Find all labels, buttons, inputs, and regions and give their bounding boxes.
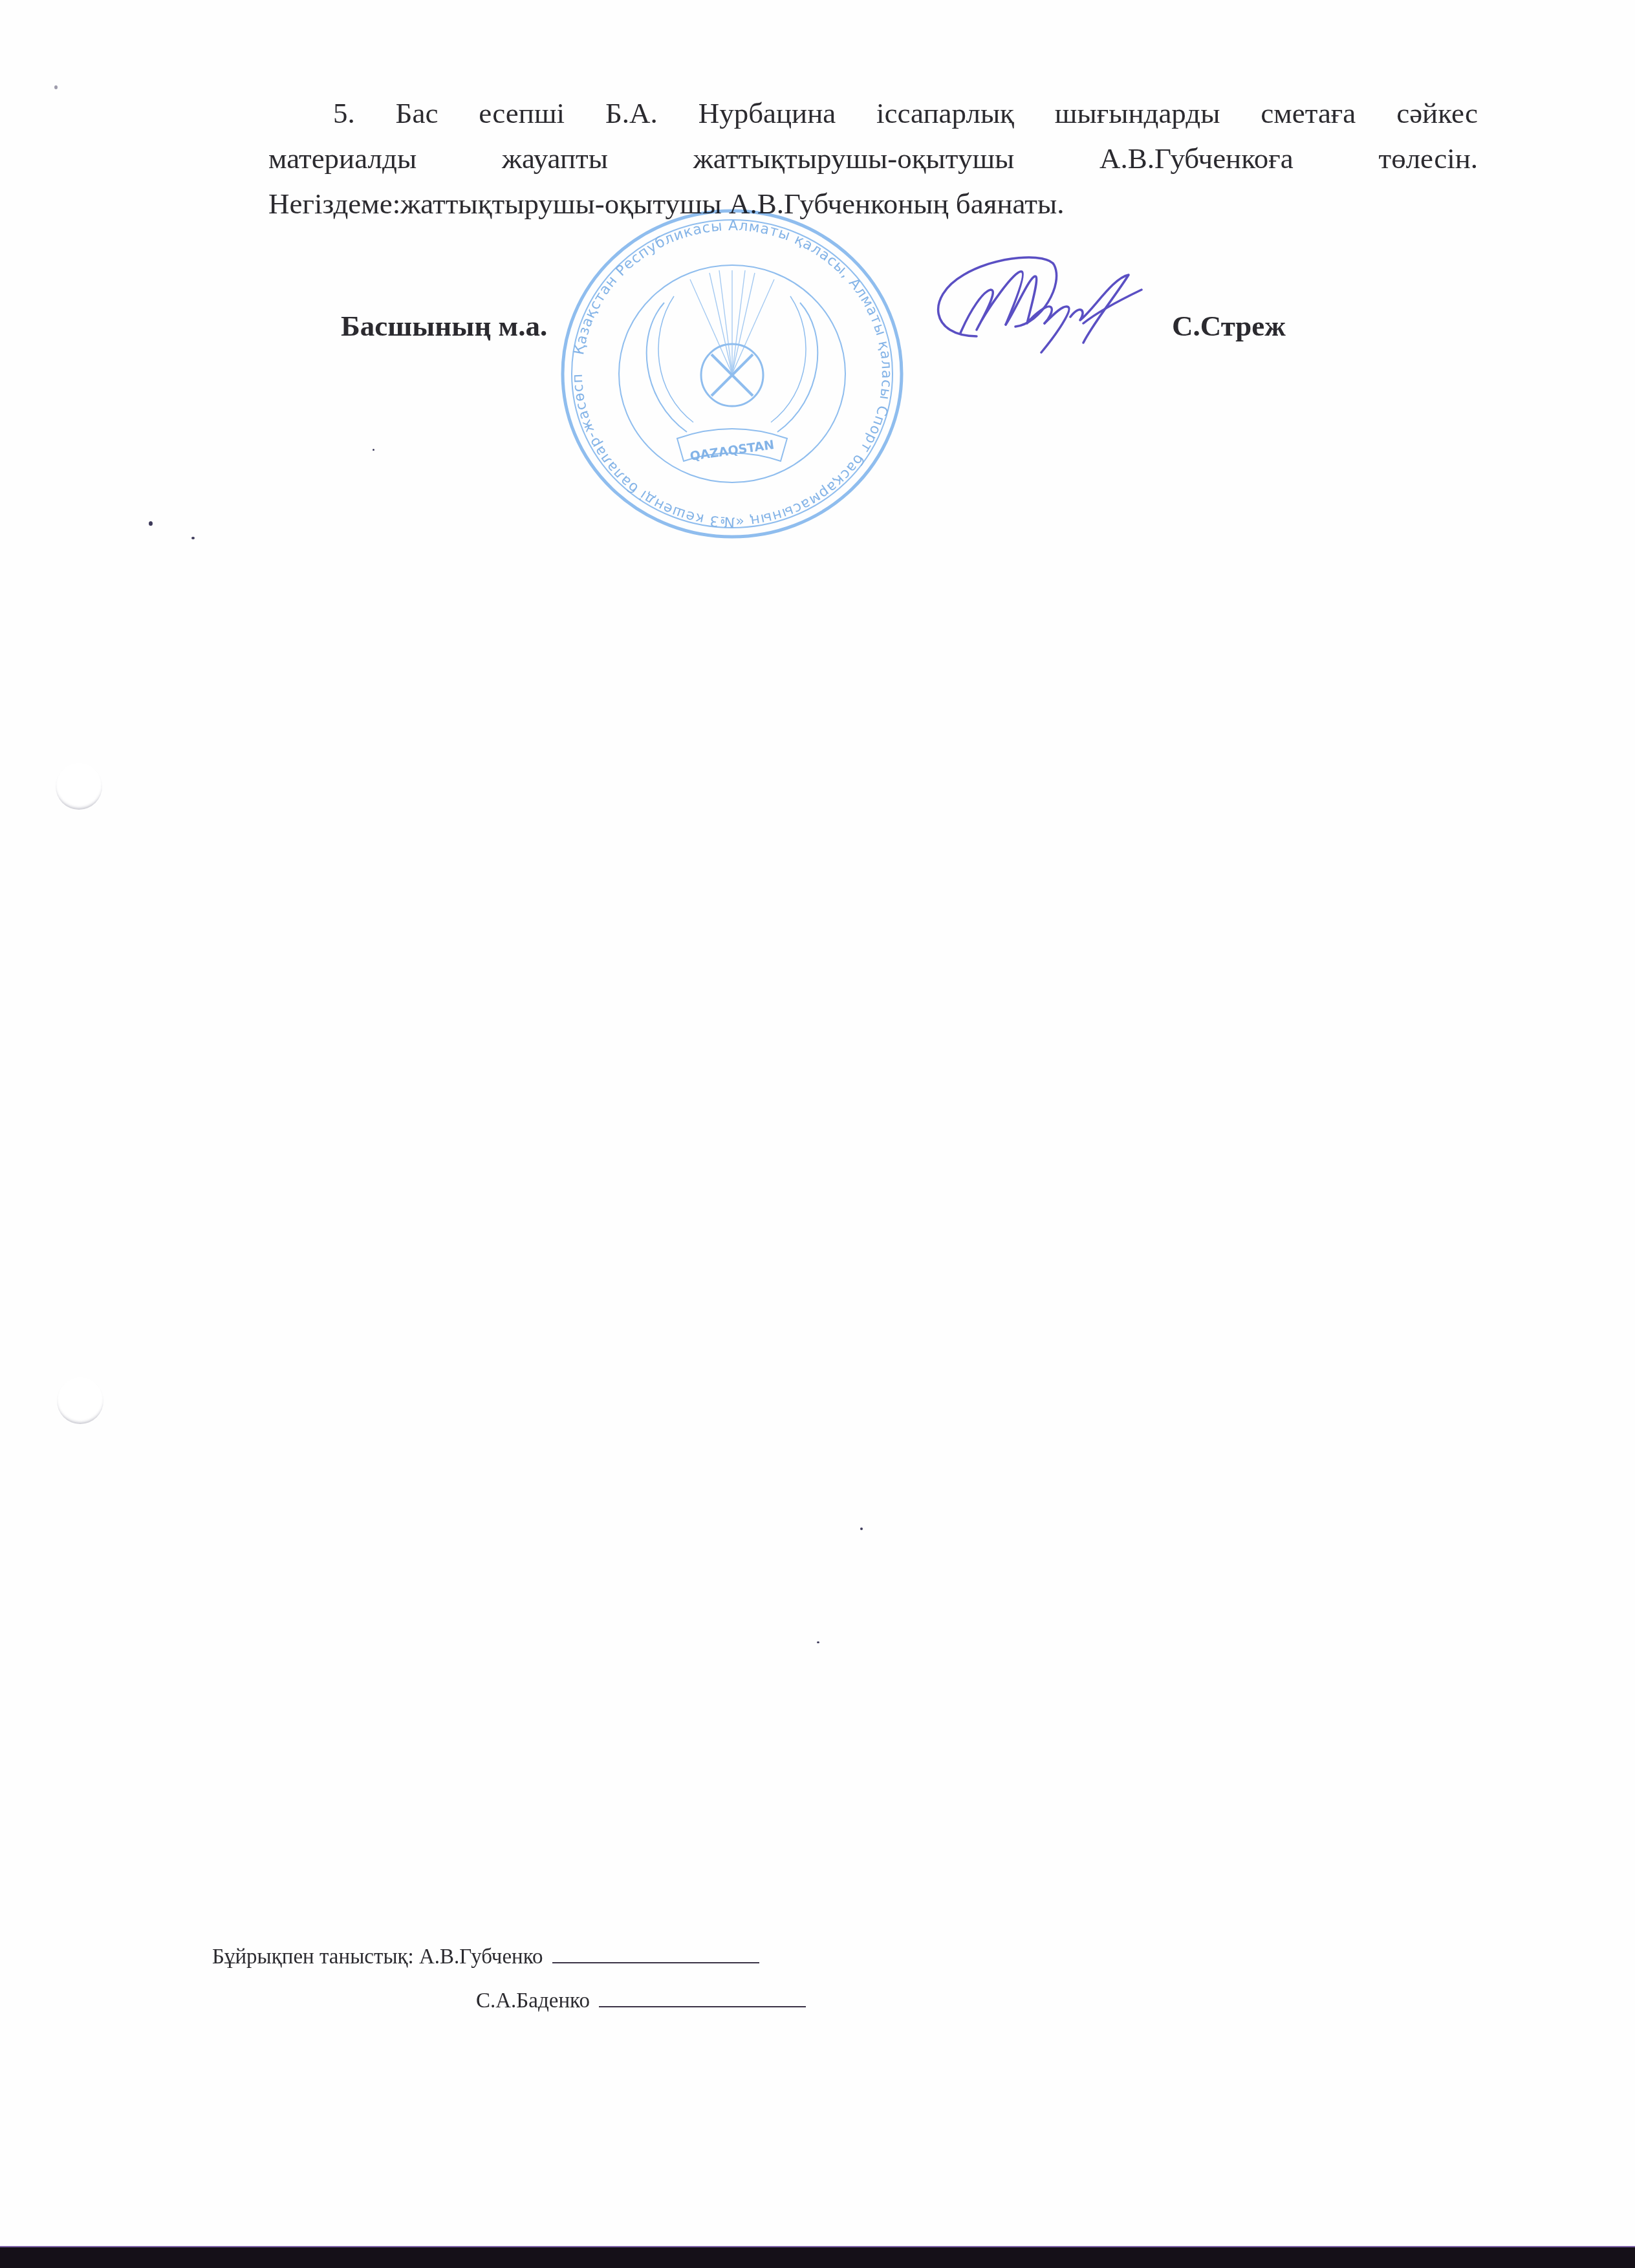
punch-hole [57,1377,103,1424]
scan-speck [191,537,195,539]
scan-speck [373,449,374,451]
acknowledgement-person-name: С.А.Баденко [476,1989,590,2013]
scan-speck [149,521,153,526]
document-page: 5. Бас есепші Б.А. Нурбацина іссапарлық … [0,0,1635,2246]
paragraph-line-1: 5. Бас есепші Б.А. Нурбацина іссапарлық … [268,91,1478,136]
svg-text:QAZAQSTAN: QAZAQSTAN [689,438,775,464]
handwritten-signature-icon [918,239,1151,356]
acknowledgement-person-name: А.В.Губченко [419,1945,543,1969]
scanner-edge [0,2246,1635,2268]
signature-blank-line [552,1961,759,1963]
scan-speck [860,1528,863,1530]
official-stamp-icon: QAZAQSTAN Қазақстан Республикасы Алматы … [558,206,907,542]
signature-blank-line [599,2005,806,2007]
scan-speck [54,85,58,89]
acknowledgement-line-2: С.А.Баденко [476,1989,806,2013]
scan-speck [817,1641,819,1643]
punch-hole [56,763,102,810]
signatory-name: С.Стреж [1172,309,1286,343]
acknowledgement-line-1: Бұйрықпен таныстық: А.В.Губченко [212,1945,759,1969]
signatory-title: Басшының м.а. [341,309,547,343]
acknowledgement-label: Бұйрықпен таныстық: [212,1945,414,1969]
paragraph-line-2: материалды жауапты жаттықтырушы-оқытушы … [268,136,1478,181]
